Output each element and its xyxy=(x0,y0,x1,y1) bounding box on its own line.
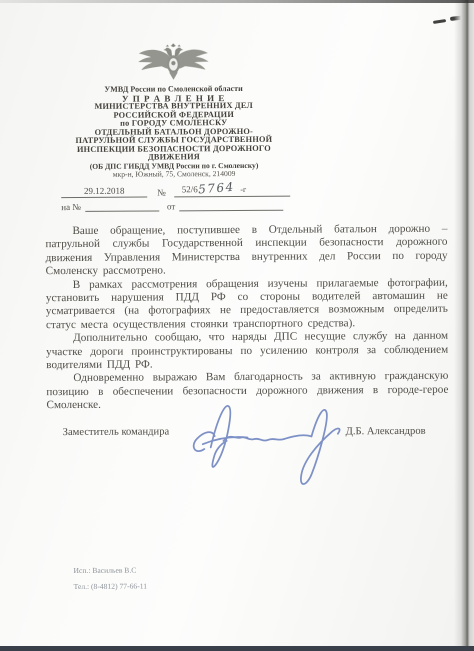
date-number-row: 29.12.2018№52/65764-г xyxy=(61,181,301,198)
mvd-double-eagle-emblem-icon xyxy=(136,38,210,85)
letter-number-suffix: -г xyxy=(240,185,246,194)
letter-body: Ваше обращение, поступившее в Отдельный … xyxy=(45,223,448,413)
body-paragraph-3: Дополнительно сообщаю, что наряды ДПС не… xyxy=(46,330,448,373)
letter-number: 52/65764-г xyxy=(174,181,290,198)
signer-title: Заместитель командира xyxy=(63,426,170,438)
executor-block: Исп.: Васильев В.С Тел.: (8-4812) 77-66-… xyxy=(73,563,147,595)
reply-to-row: на №от xyxy=(61,201,301,212)
signer-name: Д.Б. Александров xyxy=(346,426,426,437)
body-paragraph-1: Ваше обращение, поступившее в Отдельный … xyxy=(45,223,447,279)
scanned-letter-page: УМВД России по Смоленской области У П Р … xyxy=(0,0,474,651)
letter-content: УМВД России по Смоленской области У П Р … xyxy=(0,0,474,651)
scan-edge-right xyxy=(454,0,474,651)
handwritten-signature-icon xyxy=(186,395,355,500)
letterhead: УМВД России по Смоленской области У П Р … xyxy=(44,85,305,180)
letter-number-printed: 52/6 xyxy=(182,184,198,194)
reply-to-label: на № xyxy=(61,202,81,212)
from-label: от xyxy=(167,201,175,211)
scan-edge-top xyxy=(0,0,474,3)
body-paragraph-2: В рамках рассмотрения обращения изучены … xyxy=(46,276,448,332)
letter-date: 29.12.2018 xyxy=(61,186,147,199)
reply-to-blank xyxy=(85,209,159,211)
letter-number-handwritten: 5764 xyxy=(197,180,235,197)
number-sign-label: № xyxy=(157,187,166,197)
executor-phone: Тел.: (8-4812) 77-66-11 xyxy=(74,579,148,595)
scan-edge-bottom xyxy=(0,646,474,651)
executor-name: Исп.: Васильев В.С xyxy=(73,563,147,579)
from-blank xyxy=(179,209,283,212)
reference-block: 29.12.2018№52/65764-г на №от xyxy=(61,181,301,212)
letterhead-address: мкр-н, Южный, 75, Смоленск, 214009 xyxy=(44,170,304,180)
